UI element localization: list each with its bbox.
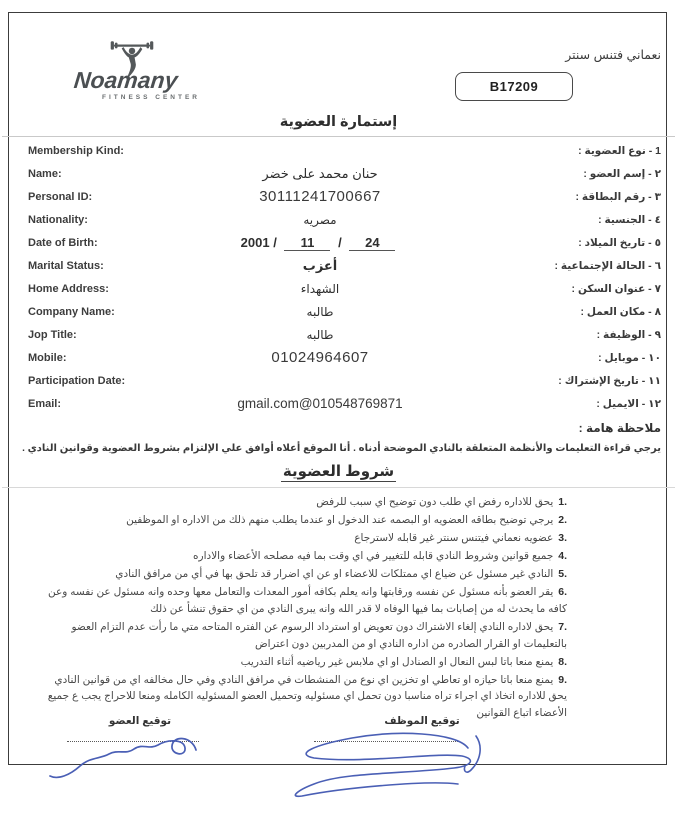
field-value: طالبه: [180, 305, 460, 319]
field-label-ar: ٧ - عنوان السكن :: [460, 283, 677, 295]
field-label-ar: ٨ - مكان العمل :: [460, 306, 677, 318]
term-text: يمنع منعا باتا حيازه او تعاطي او تخزين ا…: [48, 674, 567, 719]
terms-list: 1. يحق للاداره رفض اي طلب دون توضيح اي س…: [34, 494, 567, 723]
field-label-ar: 1 - نوع العضوية :: [460, 145, 677, 157]
field-label-en: Name:: [0, 168, 180, 180]
form-row-membership-kind: Membership Kind: 1 - نوع العضوية :: [0, 139, 677, 162]
term-number: 2.: [558, 514, 567, 526]
field-label-ar: ٩ - الوظيفة :: [460, 329, 677, 341]
field-label-en: Email:: [0, 398, 180, 410]
brand-subtitle: FITNESS CENTER: [102, 94, 200, 101]
field-label-en: Nationality:: [0, 214, 180, 226]
member-code-box: B17209: [455, 72, 573, 101]
field-value: أعزب: [180, 258, 460, 274]
term-item: 6. يقر العضو بأنه مسئول عن نفسه ورقابتها…: [34, 584, 567, 617]
form-row-participation-date: Participation Date: ١١ - تاريخ الإشتراك …: [0, 369, 677, 392]
term-item: 2. يرجي توضيح بطاقه العضويه او البصمه عن…: [34, 512, 567, 529]
term-item: 4. جميع قوانين وشروط النادي قابله للتغيي…: [34, 548, 567, 565]
member-signature-line: [67, 741, 199, 742]
field-label-en: Company Name:: [0, 306, 180, 318]
term-text: يرجي توضيح بطاقه العضويه او البصمه عند ا…: [126, 514, 553, 526]
term-number: 9.: [558, 674, 567, 686]
form-row-home-address: Home Address: الشهداء ٧ - عنوان السكن :: [0, 277, 677, 300]
term-text: يحق لاداره النادي إلغاء الاشتراك دون تعو…: [71, 621, 567, 650]
form-row-mobile: Mobile: 01024964607 ١٠ - موبايل :: [0, 346, 677, 369]
field-label-en: Mobile:: [0, 352, 180, 364]
form-title: إستمارة العضوية: [0, 114, 677, 130]
term-number: 6.: [558, 586, 567, 598]
term-item: 8. يمنع منعا باتا لبس النعال او الصنادل …: [34, 654, 567, 671]
field-value: 30111241700667: [180, 188, 460, 205]
term-text: يحق للاداره رفض اي طلب دون توضيح اي سبب …: [316, 496, 553, 508]
form-row-company-name: Company Name: طالبه ٨ - مكان العمل :: [0, 300, 677, 323]
term-text: يقر العضو بأنه مسئول عن نفسه ورقابتها وا…: [48, 586, 567, 615]
field-label-en: Marital Status:: [0, 260, 180, 272]
terms-divider: [2, 487, 675, 488]
term-number: 8.: [558, 656, 567, 668]
term-item: 1. يحق للاداره رفض اي طلب دون توضيح اي س…: [34, 494, 567, 511]
term-text: جميع قوانين وشروط النادي قابله للتغيير ف…: [193, 550, 553, 562]
dob-year: 2001: [241, 235, 270, 250]
important-note-body: يرجي قراءة التعليمات والأنظمة المتعلقة ب…: [14, 442, 661, 456]
field-value-date-of-birth: 2001 / 11 / 24: [180, 235, 460, 251]
member-signature-label: توقيع العضو: [85, 715, 195, 727]
form-row-date-of-birth: Date of Birth: 2001 / 11 / 24 ٥ - تاريخ …: [0, 231, 677, 254]
membership-form-page: Noamany FITNESS CENTER نعماني فتنس سنتر …: [0, 0, 677, 816]
field-label-en: Jop Title:: [0, 329, 180, 341]
term-number: 3.: [558, 532, 567, 544]
header-divider: [2, 136, 675, 137]
employee-signature-label: توقيع الموظف: [362, 715, 482, 727]
field-value: حنان محمد على خضر: [180, 166, 460, 182]
term-item: 3. عضويه نعماني فيتنس سنتر غير قابله لاس…: [34, 530, 567, 547]
term-number: 5.: [558, 568, 567, 580]
term-number: 7.: [558, 621, 567, 633]
field-label-ar: ١٢ - الايميل :: [460, 398, 677, 410]
field-label-en: Participation Date:: [0, 375, 180, 387]
dob-month: 11: [284, 235, 330, 251]
field-value: مصريه: [180, 213, 460, 227]
term-item: 5. النادي غير مسئول عن ضياع اي ممتلكات ل…: [34, 566, 567, 583]
field-label-en: Date of Birth:: [0, 237, 180, 249]
membership-form-fields: Membership Kind: 1 - نوع العضوية : Name:…: [0, 139, 677, 415]
field-value: 01024964607: [180, 349, 460, 366]
field-label-ar: ٣ - رقم البطاقة :: [460, 191, 677, 203]
dob-separator: /: [338, 235, 342, 250]
dob-day: 24: [349, 235, 395, 251]
term-text: يمنع منعا باتا لبس النعال او الصنادل او …: [241, 656, 554, 668]
field-label-en: Home Address:: [0, 283, 180, 295]
form-row-nationality: Nationality: مصريه ٤ - الجنسية :: [0, 208, 677, 231]
brand-logo: Noamany FITNESS CENTER: [72, 40, 232, 116]
form-row-name: Name: حنان محمد على خضر ٢ - إسم العضو :: [0, 162, 677, 185]
term-text: عضويه نعماني فيتنس سنتر غير قابله لاسترج…: [354, 532, 553, 544]
field-value: gmail.com@010548769871: [180, 396, 460, 411]
field-label-ar: ٤ - الجنسية :: [460, 214, 677, 226]
important-note-heading: ملاحظة هامة :: [579, 421, 661, 435]
field-label-en: Personal ID:: [0, 191, 180, 203]
employee-signature-line: [314, 741, 460, 742]
brand-name: Noamany: [73, 67, 179, 94]
field-label-ar: ١٠ - موبايل :: [460, 352, 677, 364]
field-label-en: Membership Kind:: [0, 145, 180, 157]
field-label-ar: ٢ - إسم العضو :: [460, 168, 677, 180]
dob-separator: /: [273, 235, 277, 250]
form-row-job-title: Jop Title: طالبه ٩ - الوظيفة :: [0, 323, 677, 346]
term-item: 7. يحق لاداره النادي إلغاء الاشتراك دون …: [34, 619, 567, 652]
field-value: الشهداء: [180, 282, 460, 296]
form-row-email: Email: gmail.com@010548769871 ١٢ - الايم…: [0, 392, 677, 415]
member-code: B17209: [490, 79, 539, 94]
form-row-personal-id: Personal ID: 30111241700667 ٣ - رقم البط…: [0, 185, 677, 208]
field-label-ar: ٥ - تاريخ الميلاد :: [460, 237, 677, 249]
field-value: طالبه: [180, 328, 460, 342]
field-label-ar: ١١ - تاريخ الإشتراك :: [460, 375, 677, 387]
term-text: النادي غير مسئول عن ضياع اي ممتلكات للاع…: [115, 568, 553, 580]
center-name-arabic: نعماني فتنس سنتر: [565, 47, 661, 62]
field-label-ar: ٦ - الحالة الإجتماعية :: [460, 260, 677, 272]
term-number: 1.: [558, 496, 567, 508]
form-row-marital-status: Marital Status: أعزب ٦ - الحالة الإجتماع…: [0, 254, 677, 277]
term-number: 4.: [558, 550, 567, 562]
terms-heading: شروط العضوية: [0, 462, 677, 481]
